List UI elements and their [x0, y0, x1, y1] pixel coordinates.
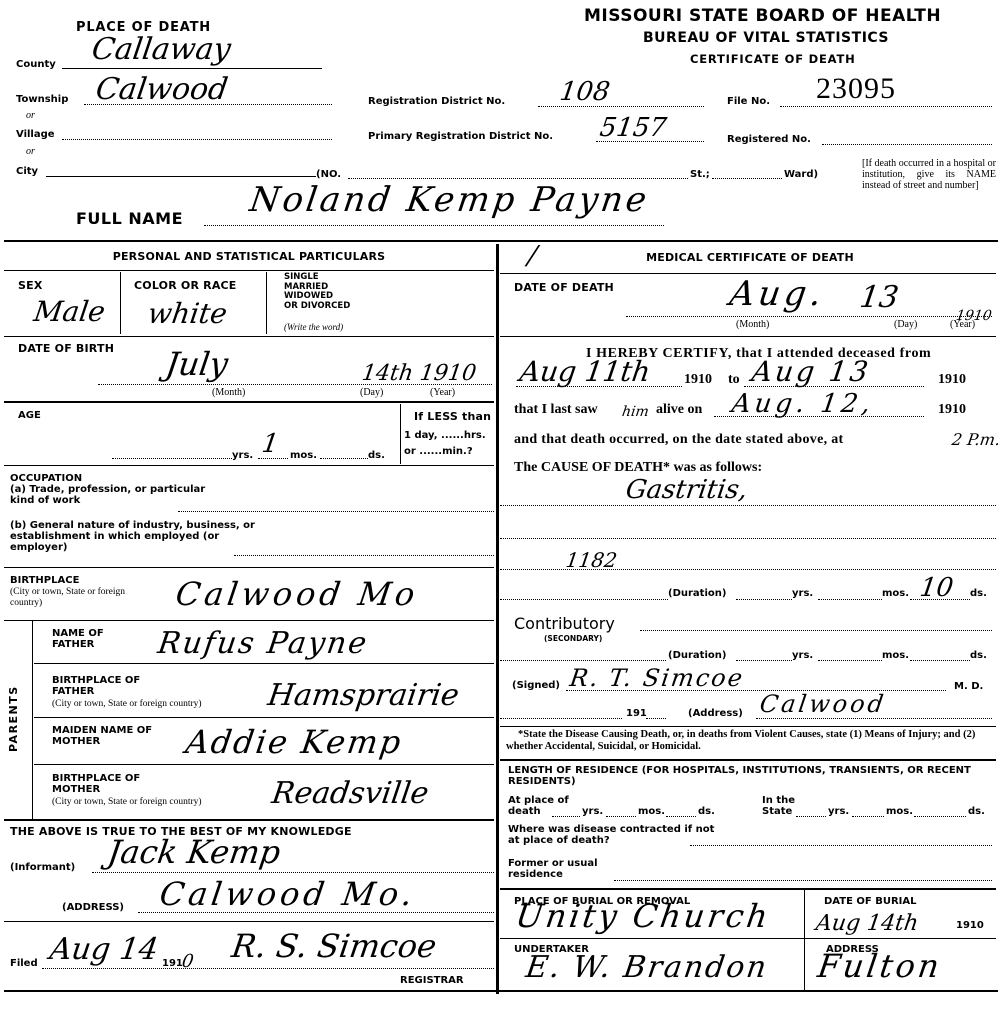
- cause-footnote: *State the Disease Causing Death, or, in…: [506, 729, 994, 752]
- dob-year-field[interactable]: 1910: [418, 360, 478, 388]
- death-occurred-label: and that death occurred, on the date sta…: [514, 432, 843, 448]
- registered-no-label: Registered No.: [727, 134, 811, 145]
- residence-heading: LENGTH OF RESIDENCE (FOR HOSPITALS, INST…: [508, 765, 996, 787]
- in-state-label: In the State: [762, 795, 822, 817]
- death-month-caption: (Month): [736, 319, 769, 330]
- to-label: to: [728, 372, 740, 388]
- dob-day-field[interactable]: 14th: [360, 360, 415, 388]
- signed-field[interactable]: R. T. Simcoe: [568, 664, 746, 692]
- full-name-field[interactable]: Noland Kemp Payne: [248, 186, 651, 214]
- marital-note: (Write the word): [284, 322, 343, 333]
- father-birthplace-sub: (City or town, State or foreign country): [52, 699, 202, 710]
- registration-district-label: Registration District No.: [368, 96, 505, 107]
- death-month-field[interactable]: Aug.: [728, 280, 827, 308]
- occupation-a-label: (a) Trade, profession, or particular kin…: [10, 484, 210, 506]
- age-mos-label: mos.: [290, 450, 317, 461]
- last-saw-date-field[interactable]: Aug. 12,: [730, 390, 876, 418]
- medical-address-field[interactable]: Calwood: [758, 690, 888, 718]
- cause-3-field[interactable]: 1182: [564, 546, 619, 574]
- medical-heading: MEDICAL CERTIFICATE OF DEATH: [560, 252, 940, 264]
- duration-mos-label: mos.: [882, 588, 909, 599]
- attended-to-year[interactable]: 1910: [938, 372, 966, 388]
- in-state-mos-label: mos.: [886, 806, 913, 817]
- mother-name-label: MAIDEN NAME OF MOTHER: [52, 725, 172, 747]
- cause-1-field[interactable]: Gastritis,: [624, 476, 749, 504]
- in-state-yrs-label: yrs.: [828, 806, 849, 817]
- contrib-duration-label: (Duration): [668, 650, 726, 661]
- filed-label: Filed: [10, 958, 38, 969]
- occupation-label: OCCUPATION (a) Trade, profession, or par…: [10, 473, 250, 506]
- father-birthplace-field[interactable]: Hamsprairie: [266, 682, 461, 710]
- secondary-label: (SECONDARY): [544, 634, 602, 644]
- informant-field[interactable]: Jack Kemp: [106, 838, 282, 866]
- signed-label: (Signed): [512, 680, 560, 691]
- registrar-label: REGISTRAR: [400, 975, 464, 986]
- at-place-ds-label: ds.: [698, 806, 715, 817]
- age-yrs-label: yrs.: [232, 450, 253, 461]
- informant-address-field[interactable]: Calwood Mo.: [158, 880, 418, 908]
- duration-ds-label: ds.: [970, 588, 987, 599]
- race-field[interactable]: white: [146, 300, 229, 328]
- day-caption: (Day): [360, 387, 383, 398]
- mother-birthplace-sub: (City or town, State or foreign country): [52, 797, 202, 808]
- filed-year-field[interactable]: 0: [180, 948, 195, 976]
- bureau-title: BUREAU OF VITAL STATISTICS: [643, 30, 889, 46]
- filed-date-field[interactable]: Aug 14: [48, 936, 160, 964]
- md-label: M. D.: [954, 681, 983, 692]
- dob-label: DATE OF BIRTH: [18, 343, 114, 355]
- in-state-ds-label: ds.: [968, 806, 985, 817]
- duration-yrs-label: yrs.: [792, 588, 813, 599]
- attended-from-field[interactable]: Aug 11th: [518, 358, 652, 386]
- burial-place-field[interactable]: Unity Church: [514, 902, 772, 930]
- contrib-yrs-label: yrs.: [792, 650, 813, 661]
- board-title: MISSOURI STATE BOARD OF HEALTH: [584, 6, 941, 26]
- mother-birthplace-field[interactable]: Readsville: [270, 780, 430, 808]
- township-label: Township: [16, 94, 68, 105]
- contracted-label: Where was disease contracted if not at p…: [508, 824, 728, 846]
- informant-label: (Informant): [10, 862, 75, 873]
- no-label: (NO.: [316, 169, 341, 180]
- primary-registration-label: Primary Registration District No.: [368, 131, 553, 142]
- month-caption: (Month): [212, 387, 245, 398]
- age-label: AGE: [18, 410, 41, 421]
- or-label: or: [26, 110, 35, 121]
- attended-to-field[interactable]: Aug 13: [750, 358, 873, 386]
- cause-label: The CAUSE OF DEATH* was as follows:: [514, 460, 762, 476]
- sex-label: SEX: [18, 280, 43, 292]
- medical-address-label: (Address): [688, 708, 743, 719]
- county-field[interactable]: Callaway: [90, 36, 232, 64]
- last-saw-pronoun[interactable]: him: [620, 398, 651, 426]
- age-ds-label: ds.: [368, 450, 385, 461]
- attended-from-year[interactable]: 1910: [684, 372, 712, 388]
- informant-address-label: (ADDRESS): [62, 902, 124, 913]
- death-year-caption: (Year): [950, 319, 975, 330]
- birthplace-field[interactable]: Calwood Mo: [174, 580, 420, 608]
- mother-birthplace-label: BIRTHPLACE OF MOTHER: [52, 773, 172, 795]
- certificate-title: CERTIFICATE OF DEATH: [690, 52, 856, 66]
- birthplace-sub: (City or town, State or foreign country): [10, 587, 150, 609]
- death-time-field[interactable]: 2 P.m.: [950, 426, 1000, 454]
- full-name-label: FULL NAME: [76, 209, 183, 228]
- sex-field[interactable]: Male: [32, 298, 107, 326]
- father-name-label: NAME OF FATHER: [52, 628, 132, 650]
- at-place-label: At place of death: [508, 795, 588, 817]
- occupation-b-label: (b) General nature of industry, business…: [10, 520, 280, 553]
- registration-district-field[interactable]: 108: [558, 78, 612, 106]
- primary-registration-field[interactable]: 5157: [598, 114, 668, 142]
- filed-year-prefix: 191: [162, 958, 183, 969]
- death-day-caption: (Day): [894, 319, 917, 330]
- marital-options: SINGLE MARRIED WIDOWED OR DIVORCED: [284, 273, 350, 311]
- signed-year-prefix: 191: [626, 708, 647, 719]
- hospital-note: [If death occurred in a hospital or inst…: [862, 158, 996, 191]
- at-place-mos-label: mos.: [638, 806, 665, 817]
- burial-date-label: DATE OF BURIAL: [824, 896, 917, 907]
- age-mos-field[interactable]: 1: [260, 430, 280, 458]
- day-hrs-label: 1 day, ......hrs.: [404, 430, 486, 441]
- less-than-label: If LESS than: [414, 411, 491, 423]
- dob-month-field[interactable]: July: [164, 350, 230, 378]
- race-label: COLOR OR RACE: [134, 280, 237, 292]
- county-label: County: [16, 59, 56, 70]
- or-min-label: or ......min.?: [404, 446, 473, 457]
- former-residence-label: Former or usual residence: [508, 858, 628, 880]
- city-label: City: [16, 166, 38, 177]
- undertaker-field[interactable]: E. W. Brandon: [524, 954, 770, 982]
- village-label: Village: [16, 129, 55, 140]
- last-saw-label: that I last saw: [514, 402, 598, 418]
- registrar-signature[interactable]: R. S. Simcoe: [230, 932, 438, 960]
- father-name-field[interactable]: Rufus Payne: [156, 630, 370, 658]
- death-day-field[interactable]: 13: [858, 284, 900, 312]
- duration-ds-field[interactable]: 10: [918, 574, 955, 602]
- burial-year[interactable]: 1910: [956, 920, 984, 931]
- last-saw-year[interactable]: 1910: [938, 402, 966, 418]
- township-field[interactable]: Calwood: [94, 76, 229, 104]
- undertaker-address-field[interactable]: Fulton: [816, 952, 944, 980]
- birthplace-label: BIRTHPLACE: [10, 575, 79, 586]
- burial-date-field[interactable]: Aug 14th: [814, 910, 920, 938]
- ward-label: Ward): [784, 169, 818, 180]
- personal-heading: PERSONAL AND STATISTICAL PARTICULARS: [4, 251, 494, 263]
- duration-label: (Duration): [668, 588, 726, 599]
- year-caption: (Year): [430, 387, 455, 398]
- contributory-label: Contributory: [514, 614, 615, 633]
- contrib-ds-label: ds.: [970, 650, 987, 661]
- parents-side-label: PARENTS: [8, 672, 20, 752]
- father-birthplace-label: BIRTHPLACE OF FATHER: [52, 675, 172, 697]
- alive-on-label: alive on: [656, 402, 702, 418]
- file-no-label: File No.: [727, 96, 770, 107]
- medical-tick: /: [526, 242, 539, 270]
- or-label-2: or: [26, 146, 35, 157]
- at-place-yrs-label: yrs.: [582, 806, 603, 817]
- st-label: St.;: [690, 169, 710, 180]
- date-of-death-label: DATE OF DEATH: [514, 282, 614, 294]
- contrib-mos-label: mos.: [882, 650, 909, 661]
- file-no-field[interactable]: 23095: [816, 72, 896, 106]
- mother-name-field[interactable]: Addie Kemp: [184, 728, 404, 756]
